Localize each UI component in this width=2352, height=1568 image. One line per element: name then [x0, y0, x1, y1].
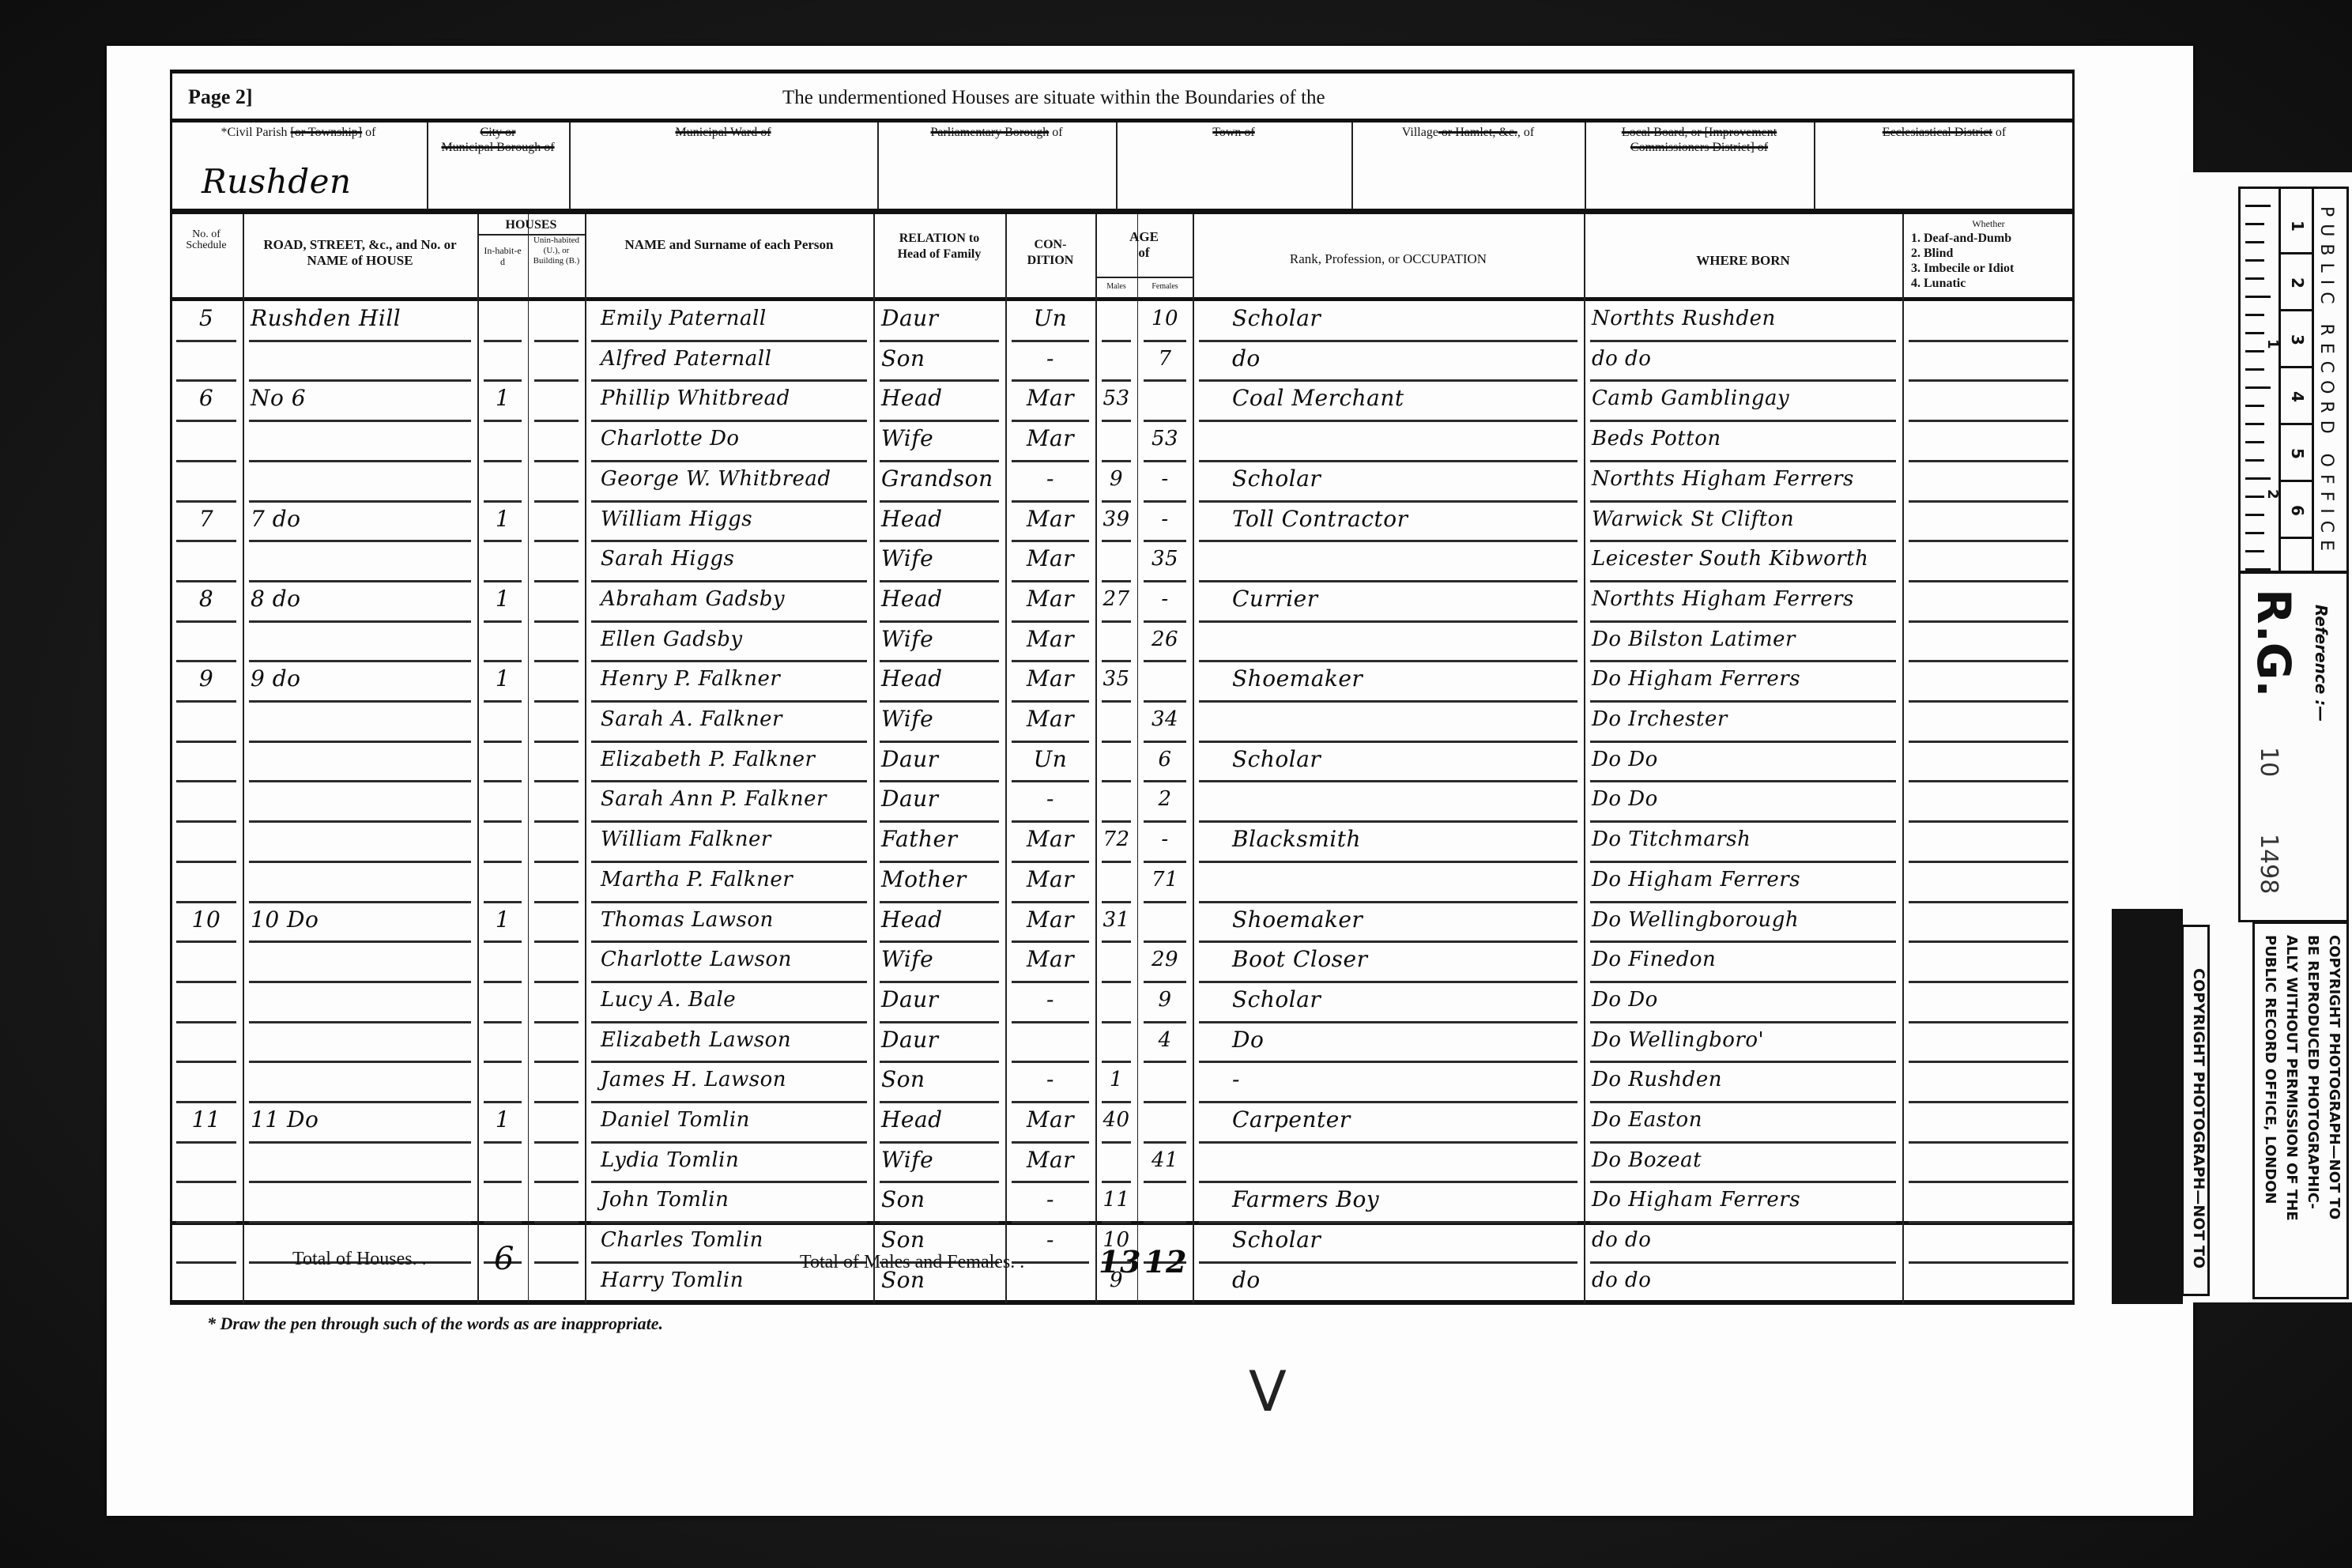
cell-male-age: 11 [1095, 1184, 1137, 1216]
cell-female-age: 9 [1137, 984, 1193, 1016]
cell-occupation: Shoemaker [1232, 904, 1612, 936]
cell-condition: Mar [1005, 583, 1095, 615]
cell-condition: - [1005, 1064, 1095, 1095]
reference-prefix: R.G. [2247, 589, 2301, 697]
top-rule [170, 70, 2075, 73]
cell-where-born: Do Irchester [1592, 703, 1899, 735]
band-copyright-text: COPYRIGHT PHOTOGRAPH—NOT TO [2181, 925, 2210, 1296]
ruler-tick [2245, 368, 2264, 371]
copyright-line: BE REPRODUCED PHOTOGRAPHIC- [2302, 935, 2324, 1221]
ruler-cell-divider [2278, 537, 2313, 539]
cell-name: Sarah A. Falkner [601, 703, 878, 735]
cell-female-age: - [1137, 503, 1193, 535]
col-head-inhabited: In-habit-ed [477, 245, 528, 267]
area-label-suffix: of [362, 126, 375, 139]
cell-where-born: Do Finedon [1592, 944, 1899, 975]
copyright-notice: COPYRIGHT PHOTOGRAPH—NOT TOBE REPRODUCED… [2252, 922, 2349, 1299]
ruler-divider-2 [2278, 189, 2281, 571]
area-label-struck: Local Board, or [Improvement [1622, 126, 1777, 139]
col-head-uninhabited: Unin-habited (U.), or Building (B.) [528, 236, 585, 266]
area-label-line2: Commissioners District] of [1630, 141, 1768, 154]
cell-name: Daniel Tomlin [601, 1104, 878, 1136]
cell-inhabited: 1 [477, 503, 528, 535]
area-label-top-struck: City or [481, 126, 516, 139]
cell-female-age: 41 [1137, 1144, 1193, 1176]
cell-occupation: Scholar [1232, 984, 1612, 1016]
header-sub-rule [1095, 277, 1193, 278]
copyright-line: COPYRIGHT PHOTOGRAPH—NOT TO [2324, 935, 2345, 1221]
col-head-whether-item: 1. Deaf-and-Dumb [1911, 232, 2011, 246]
area-label-struck: Parliamentary Borough [930, 126, 1049, 139]
col-head-whether: Whether [1902, 218, 2075, 229]
footnote: * Draw the pen through such of the words… [207, 1314, 663, 1334]
cell-relation: Father [881, 824, 1002, 855]
ruler-number: 4 [2288, 391, 2307, 402]
cell-female-age: - [1137, 463, 1193, 495]
cell-male-age: 53 [1095, 383, 1137, 414]
area-label-struck: or Hamlet, &c. [1438, 126, 1517, 139]
cell-occupation: Scholar [1232, 744, 1612, 775]
area-label-0: *Civil Parish [or Township] of [170, 125, 427, 140]
ruler-number: 3 [2288, 334, 2307, 345]
total-females-value: 12 [1144, 1244, 1187, 1280]
ruler-tick [2245, 514, 2264, 516]
cell-female-age: 6 [1137, 744, 1193, 775]
col-head-relation: RELATION to Head of Family [873, 231, 1005, 262]
total-houses-value: 6 [494, 1241, 514, 1277]
cell-relation: Wife [881, 423, 1002, 454]
cell-female-age: 29 [1137, 944, 1193, 975]
cell-name: Phillip Whitbread [601, 383, 878, 414]
header-sub-rule [477, 234, 585, 236]
col-head-whether-item: 4. Lunatic [1911, 277, 1966, 291]
cell-where-born: Do Bozeat [1592, 1144, 1899, 1176]
cell-inhabited: 1 [477, 383, 528, 414]
cell-male-age: 35 [1095, 663, 1137, 695]
cell-relation: Wife [881, 543, 1002, 575]
cell-relation: Head [881, 1104, 1002, 1136]
cell-name: Lydia Tomlin [601, 1144, 878, 1176]
cell-road: 10 Do [251, 904, 474, 936]
cell-male-age: 1 [1095, 1064, 1137, 1095]
cell-male-age: 31 [1095, 904, 1137, 936]
cell-road: 9 do [251, 663, 474, 695]
cell-name: Charlotte Do [601, 423, 878, 454]
reference-piece: 1498 [2255, 834, 2282, 894]
ruler-number: 2 [2288, 277, 2307, 288]
ruler-box: PUBLIC RECORD OFFICE 12345612 [2238, 187, 2349, 574]
margin-check-mark: V [1249, 1359, 1287, 1424]
header-top-rule [170, 209, 2075, 214]
total-persons-label: Total of Males and Females. . [800, 1252, 1024, 1273]
cell-condition: Mar [1005, 624, 1095, 655]
cell-name: Martha P. Falkner [601, 864, 878, 895]
ruler-cell-divider [2278, 366, 2313, 368]
copyright-text: COPYRIGHT PHOTOGRAPH—NOT TOBE REPRODUCED… [2260, 935, 2345, 1221]
cell-name: Thomas Lawson [601, 904, 878, 936]
cell-schedule: 7 [170, 503, 243, 535]
area-label-7: Ecclesiastical District of [1814, 125, 2075, 140]
cell-where-born: Northts Rushden [1592, 303, 1899, 334]
cell-condition: Mar [1005, 543, 1095, 575]
cell-where-born: Warwick St Clifton [1592, 503, 1899, 535]
ruler-number: 5 [2288, 448, 2307, 459]
cell-where-born: Camb Gamblingay [1592, 383, 1899, 414]
area-label-prefix: *Civil Parish [221, 126, 291, 139]
cell-occupation: Do [1232, 1024, 1612, 1056]
cell-condition: Mar [1005, 824, 1095, 855]
dark-band [2112, 909, 2183, 1304]
col-head-where-born: WHERE BORN [1584, 253, 1902, 269]
col-head-whether-item: 3. Imbecile or Idiot [1911, 262, 2014, 276]
ruler-tick [2245, 423, 2264, 425]
cell-name: William Falkner [601, 824, 878, 855]
cell-condition: Mar [1005, 423, 1095, 454]
ruler-tick [2245, 532, 2264, 534]
cell-where-born: Do Do [1592, 783, 1899, 815]
cell-road: Rushden Hill [251, 303, 474, 334]
cell-road: 11 Do [251, 1104, 474, 1136]
cell-where-born: Do Bilston Latimer [1592, 624, 1899, 655]
ruler-tick [2245, 241, 2264, 243]
area-label-1: City orMunicipal Borough of [427, 125, 569, 155]
cell-relation: Son [881, 1064, 1002, 1095]
area-label-4: Town of [1116, 125, 1351, 140]
cell-where-born: Do Higham Ferrers [1592, 663, 1899, 695]
col-head-road: ROAD, STREET, &c., and No. or NAME of HO… [243, 237, 477, 269]
area-label-2: Municipal Ward of [569, 125, 877, 140]
total-houses-label: Total of Houses. . [292, 1249, 427, 1270]
cell-schedule: 6 [170, 383, 243, 414]
col-head-females: Females [1137, 281, 1193, 292]
ruler-tick [2245, 223, 2264, 225]
area-label-3: Parliamentary Borough of [877, 125, 1116, 140]
page-label: Page 2] [188, 85, 253, 109]
cell-relation: Wife [881, 624, 1002, 655]
cell-where-born: Do Wellingborough [1592, 904, 1899, 936]
cell-female-age: 10 [1137, 303, 1193, 334]
cell-male-age: 9 [1095, 463, 1137, 495]
cell-occupation: Scholar [1232, 463, 1612, 495]
ruler-cell-divider [2278, 423, 2313, 425]
ruler-tick [2245, 350, 2264, 352]
reference-series: 10 [2255, 747, 2282, 777]
ruler-inch-label: 1 [2264, 339, 2281, 349]
area-label-struck: Town of [1212, 126, 1255, 139]
cell-where-born: Do Do [1592, 984, 1899, 1016]
copyright-line: ALLY WITHOUT PERMISSION OF THE [2281, 935, 2302, 1221]
ruler-tick [2245, 277, 2264, 280]
cell-relation: Daur [881, 744, 1002, 775]
cell-name: Ellen Gadsby [601, 624, 878, 655]
ruler-cell-divider [2278, 252, 2313, 254]
cell-relation: Wife [881, 1144, 1002, 1176]
cell-name: Henry P. Falkner [601, 663, 878, 695]
cell-condition: - [1005, 463, 1095, 495]
reference-box: Reference :— R.G. 10 1498 [2238, 571, 2349, 922]
cell-relation: Mother [881, 864, 1002, 895]
cell-inhabited: 1 [477, 904, 528, 936]
cell-where-born: do do [1592, 343, 1899, 375]
cell-condition: Mar [1005, 503, 1095, 535]
cell-occupation: Coal Merchant [1232, 383, 1612, 414]
ruler-tick [2245, 332, 2264, 334]
cell-occupation: Scholar [1232, 303, 1612, 334]
cell-occupation: Carpenter [1232, 1104, 1612, 1136]
cell-name: Lucy A. Bale [601, 984, 878, 1016]
boundary-title: The undermentioned Houses are situate wi… [782, 87, 1325, 109]
ruler-tick [2245, 205, 2271, 207]
cell-where-born: do do [1592, 1224, 1899, 1256]
col-head-name: NAME and Surname of each Person [585, 237, 873, 253]
cell-relation: Daur [881, 783, 1002, 815]
cell-condition: Un [1005, 744, 1095, 775]
cell-female-age: 4 [1137, 1024, 1193, 1056]
cell-name: William Higgs [601, 503, 878, 535]
area-label-5: Village or Hamlet, &c., of [1351, 125, 1585, 140]
cell-condition: - [1005, 984, 1095, 1016]
ruler-tick [2245, 314, 2264, 316]
copyright-line: PUBLIC RECORD OFFICE, LONDON [2260, 935, 2281, 1221]
cell-female-age: 2 [1137, 783, 1193, 815]
cell-name: Charlotte Lawson [601, 944, 878, 975]
area-label-struck: [or Township] [291, 126, 363, 139]
col-head-occupation: Rank, Profession, or OCCUPATION [1193, 251, 1584, 267]
cell-occupation: Currier [1232, 583, 1612, 615]
cell-condition: Mar [1005, 864, 1095, 895]
ruler-number: 1 [2288, 220, 2307, 232]
cell-relation: Head [881, 583, 1002, 615]
office-title: PUBLIC RECORD OFFICE [2316, 197, 2336, 568]
cell-male-age: 27 [1095, 583, 1137, 615]
cell-road: No 6 [251, 383, 474, 414]
cell-condition: Mar [1005, 904, 1095, 936]
cell-occupation: Shoemaker [1232, 663, 1612, 695]
cell-name: George W. Whitbread [601, 463, 878, 495]
cell-female-age: 7 [1137, 343, 1193, 375]
cell-schedule: 10 [170, 904, 243, 936]
cell-relation: Grandson [881, 463, 1002, 495]
reference-label: Reference :— [2312, 605, 2331, 722]
cell-where-born: Do Titchmarsh [1592, 824, 1899, 855]
cell-condition: Mar [1005, 1104, 1095, 1136]
area-label-suffix: of [1049, 126, 1062, 139]
cell-where-born: Do Wellingboro' [1592, 1024, 1899, 1056]
cell-where-born: Do Easton [1592, 1104, 1899, 1136]
cell-relation: Head [881, 503, 1002, 535]
cell-condition: Mar [1005, 1144, 1095, 1176]
cell-relation: Head [881, 904, 1002, 936]
cell-relation: Wife [881, 703, 1002, 735]
cell-female-age: - [1137, 824, 1193, 855]
cell-occupation: Scholar [1232, 1224, 1612, 1256]
cell-occupation: Blacksmith [1232, 824, 1612, 855]
cell-name: Elizabeth Lawson [601, 1024, 878, 1056]
cell-where-born: do do [1592, 1265, 1899, 1296]
cell-female-age: - [1137, 583, 1193, 615]
ruler-tick [2245, 405, 2264, 407]
cell-inhabited: 1 [477, 583, 528, 615]
cell-condition: Mar [1005, 944, 1095, 975]
cell-inhabited: 1 [477, 1104, 528, 1136]
cell-relation: Son [881, 1184, 1002, 1216]
cell-occupation: - [1232, 1064, 1612, 1095]
cell-female-age: 35 [1137, 543, 1193, 575]
cell-female-age: 34 [1137, 703, 1193, 735]
cell-schedule: 11 [170, 1104, 243, 1136]
cell-male-age: 40 [1095, 1104, 1137, 1136]
cell-where-born: Northts Higham Ferrers [1592, 463, 1899, 495]
area-label-prefix: Village [1402, 126, 1438, 139]
ruler-tick [2245, 459, 2264, 462]
cell-occupation: do [1232, 1265, 1612, 1296]
col-head-age: AGE of [1095, 229, 1193, 261]
area-top-rule [170, 119, 2075, 122]
cell-road: 7 do [251, 503, 474, 535]
area-label-6: Local Board, or [ImprovementCommissioner… [1585, 125, 1814, 155]
ruler-tick [2245, 550, 2264, 552]
cell-inhabited: 1 [477, 663, 528, 695]
cell-schedule: 8 [170, 583, 243, 615]
ruler-tick [2245, 296, 2271, 298]
cell-relation: Daur [881, 1024, 1002, 1056]
ruler-divider [2312, 189, 2314, 571]
ruler-cell-divider [2278, 309, 2313, 311]
cell-condition: - [1005, 783, 1095, 815]
cell-occupation: do [1232, 343, 1612, 375]
cell-relation: Head [881, 663, 1002, 695]
ruler-tick [2245, 386, 2271, 389]
cell-male-age: 39 [1095, 503, 1137, 535]
cell-relation: Daur [881, 984, 1002, 1016]
ruler-tick [2245, 496, 2264, 498]
cell-female-age: 71 [1137, 864, 1193, 895]
ruler-tick [2245, 477, 2271, 480]
cell-name: Alfred Paternall [601, 343, 878, 375]
cell-occupation: Toll Contractor [1232, 503, 1612, 535]
cell-condition: Un [1005, 303, 1095, 334]
cell-female-age: 26 [1137, 624, 1193, 655]
col-head-condition: CON-DITION [1005, 237, 1095, 269]
area-label-struck: Ecclesiastical District [1883, 126, 1992, 139]
col-head-houses: HOUSES [477, 217, 585, 233]
ruler-number: 6 [2288, 505, 2307, 516]
cell-name: James H. Lawson [601, 1064, 878, 1095]
cell-where-born: Leicester South Kibworth [1592, 543, 1899, 575]
cell-name: Elizabeth P. Falkner [601, 744, 878, 775]
civil-parish-value: Rushden [202, 162, 352, 201]
cell-where-born: Do Do [1592, 744, 1899, 775]
cell-schedule: 9 [170, 663, 243, 695]
cell-relation: Head [881, 383, 1002, 414]
cell-relation: Son [881, 343, 1002, 375]
cell-condition: Mar [1005, 663, 1095, 695]
cell-name: Emily Paternall [601, 303, 878, 334]
cell-road: 8 do [251, 583, 474, 615]
ruler-tick [2245, 441, 2264, 443]
area-label-suffix: of [1992, 126, 2006, 139]
cell-condition: - [1005, 343, 1095, 375]
area-label-struck: Municipal Ward of [675, 126, 771, 139]
cell-where-born: Do Higham Ferrers [1592, 1184, 1899, 1216]
cell-male-age: 72 [1095, 824, 1137, 855]
cell-name: Sarah Higgs [601, 543, 878, 575]
cell-name: Abraham Gadsby [601, 583, 878, 615]
cell-where-born: Do Higham Ferrers [1592, 864, 1899, 895]
cell-relation: Daur [881, 303, 1002, 334]
cell-condition: Mar [1005, 703, 1095, 735]
cell-condition: - [1005, 1184, 1095, 1216]
ruler-inch-label: 2 [2264, 489, 2281, 499]
col-head-whether-item: 2. Blind [1911, 247, 1953, 261]
cell-occupation: Farmers Boy [1232, 1184, 1612, 1216]
area-label-suffix: , of [1517, 126, 1534, 139]
cell-where-born: Do Rushden [1592, 1064, 1899, 1095]
total-males-value: 13 [1099, 1244, 1141, 1280]
col-head-males: Males [1095, 281, 1137, 292]
cell-schedule: 5 [170, 303, 243, 334]
area-label-struck: Municipal Borough of [441, 141, 554, 154]
cell-name: Sarah Ann P. Falkner [601, 783, 878, 815]
cell-condition: Mar [1005, 383, 1095, 414]
cell-name: John Tomlin [601, 1184, 878, 1216]
cell-relation: Wife [881, 944, 1002, 975]
col-head-schedule: No. of Schedule [170, 229, 243, 251]
cell-where-born: Beds Potton [1592, 423, 1899, 454]
cell-female-age: 53 [1137, 423, 1193, 454]
cell-occupation: Boot Closer [1232, 944, 1612, 975]
ruler-cell-divider [2278, 480, 2313, 482]
ruler-tick [2245, 259, 2264, 262]
cell-where-born: Northts Higham Ferrers [1592, 583, 1899, 615]
